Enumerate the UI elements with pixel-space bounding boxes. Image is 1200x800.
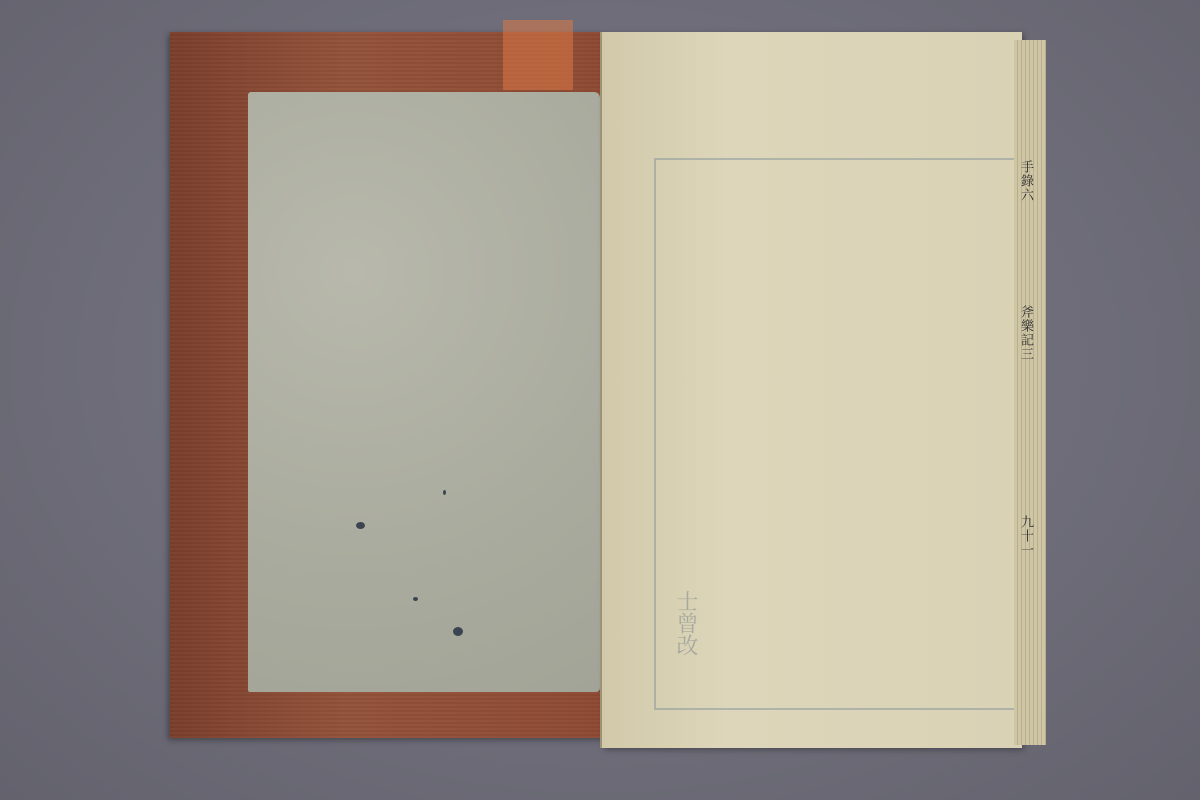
paper-speck: [413, 597, 418, 601]
fore-edge-label: 斧樂記三: [1016, 305, 1035, 361]
show-through-text: 士曾改: [670, 590, 701, 656]
paper-speck: [356, 522, 365, 529]
printed-border-frame: [654, 158, 1016, 710]
fore-edge-page-stack: [1014, 40, 1046, 745]
fore-edge-label: 手錄六: [1016, 160, 1035, 202]
open-book: 士曾改 手錄六 斧樂記三 九十一: [0, 0, 1200, 800]
paper-speck: [443, 490, 446, 495]
left-endpaper: [248, 92, 600, 692]
paper-speck: [453, 627, 463, 636]
right-page: [602, 32, 1022, 748]
fore-edge-label: 九十一: [1016, 515, 1035, 557]
tab-marker: [503, 20, 573, 90]
